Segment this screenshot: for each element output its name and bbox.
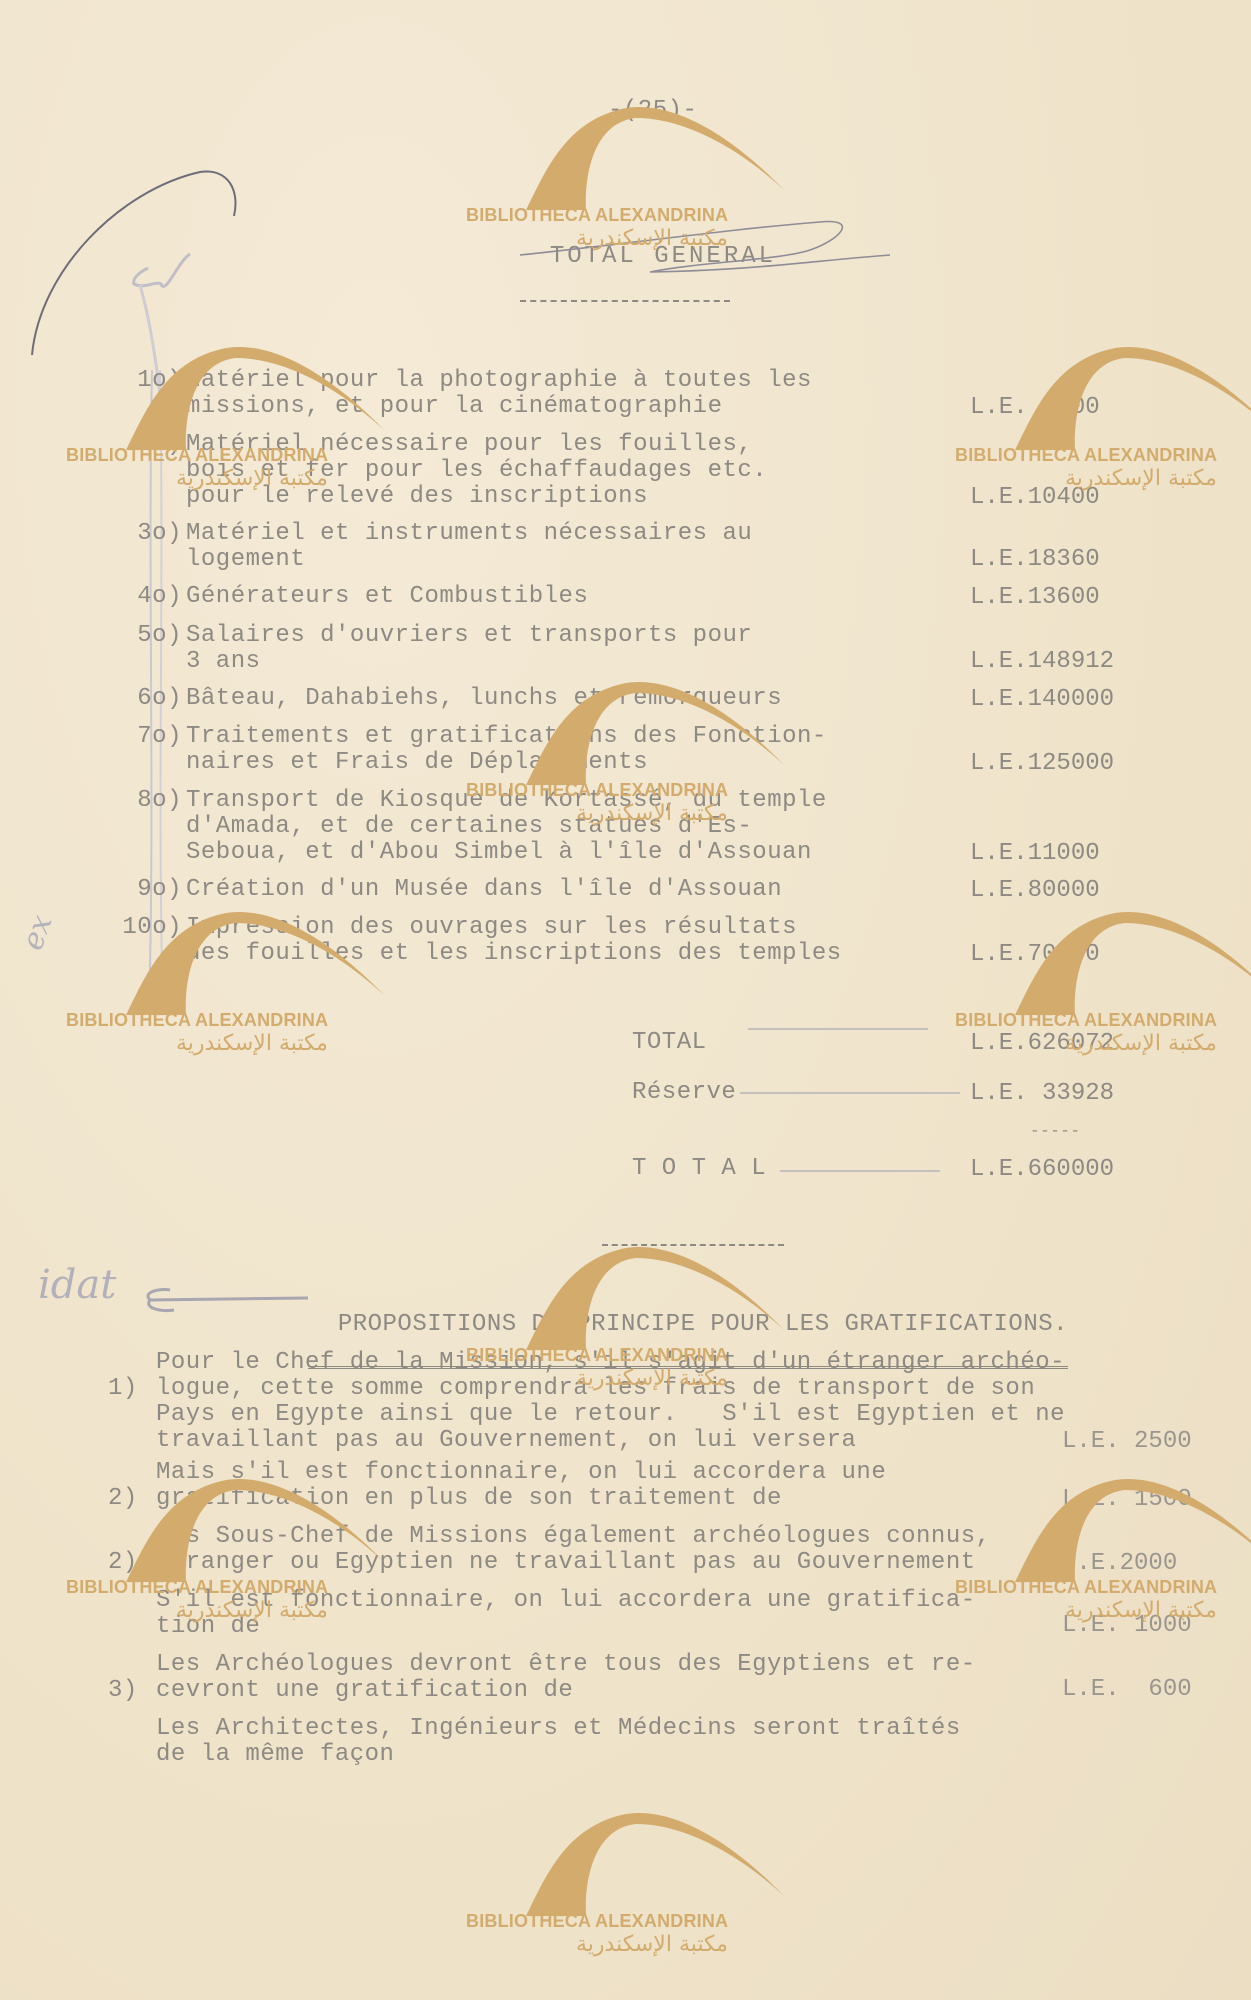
item-line: S'il est fonctionnaire, on lui accordera…: [156, 1588, 976, 1614]
item-line: Création d'un Musée dans l'île d'Assouan: [186, 877, 782, 903]
item-line: Les Sous-Chef de Missions également arch…: [156, 1524, 991, 1550]
item-line: Matériel nécessaire pour les fouilles,: [186, 432, 752, 458]
item-line: Etranger ou Egyptien ne travaillant pas …: [156, 1550, 976, 1576]
item-line: Les Archéologues devront être tous des E…: [156, 1652, 976, 1678]
item-amount: L.E.70000: [970, 941, 1100, 968]
item-line: Pays en Egypte ainsi que le retour. S'il…: [156, 1402, 1065, 1428]
watermark-latin-text: BIBLIOTHECA ALEXANDRINA: [466, 1911, 728, 1932]
item-line: Matériel et instruments nécessaires au: [186, 521, 752, 547]
gratifications-title-text: PROPOSITIONS DE PRINCIPE POUR LES GRATIF…: [338, 1311, 1068, 1338]
item-line: naires et Frais de Déplacements: [186, 750, 648, 776]
heading-underline: [520, 300, 730, 302]
item-line: cevront une gratification de: [156, 1678, 573, 1704]
item-line: d'Amada, et de certaines statues d'Es-: [186, 814, 752, 840]
item-amount: L.E.10400: [970, 484, 1100, 511]
item-line: logue, cette somme comprendra les frais …: [156, 1376, 1035, 1402]
library-watermark: BIBLIOTHECA ALEXANDRINA مكتبة الإسكندرية: [466, 1806, 786, 1966]
item-line: Les Architectes, Ingénieurs et Médecins …: [156, 1716, 961, 1742]
item-line: pour le relevé des inscriptions: [186, 484, 648, 510]
watermark-latin-text: BIBLIOTHECA ALEXANDRINA: [66, 1010, 328, 1031]
item-line: Impression des ouvrages sur les résultat…: [186, 915, 797, 941]
margin-pencil-note: ex: [15, 910, 60, 955]
grand-total-amount: L.E.660000: [970, 1156, 1114, 1183]
item-amount: L.E.148912: [970, 648, 1114, 675]
item-line: Mais s'il est fonctionnaire, on lui acco…: [156, 1460, 886, 1486]
item-number: 3): [108, 1678, 138, 1704]
section-divider: [602, 1244, 784, 1246]
item-number: 10o): [120, 915, 182, 941]
item-line: de la même façon: [156, 1742, 394, 1768]
item-amount: L.E.11000: [970, 840, 1100, 867]
watermark-latin-text: BIBLIOTHECA ALEXANDRINA: [955, 445, 1217, 466]
gratification-amount: L.E. 1500: [1062, 1486, 1192, 1513]
gratification-amount: L.E. 1000: [1062, 1612, 1192, 1639]
item-line: Seboua, et d'Abou Simbel à l'île d'Assou…: [186, 840, 812, 866]
item-line: 3 ans: [186, 649, 261, 675]
item-amount: L.E.125000: [970, 750, 1114, 777]
item-number: 6o): [120, 686, 182, 712]
item-line: Matériel pour la photographie à toutes l…: [186, 368, 812, 394]
item-number: 7o): [120, 724, 182, 750]
pencil-leader-line: [748, 1028, 928, 1030]
watermark-latin-text: BIBLIOTHECA ALEXANDRINA: [955, 1577, 1217, 1598]
gratification-note: Les Architectes, Ingénieurs et Médecins …: [108, 1716, 168, 1820]
item-number: 1): [108, 1376, 138, 1402]
pencil-arrow: [130, 1282, 310, 1322]
watermark-arabic-text: مكتبة الإسكندرية: [576, 1932, 728, 1957]
item-amount: L.E.13600: [970, 584, 1100, 611]
watermark-latin-text: BIBLIOTHECA ALEXANDRINA: [955, 1010, 1217, 1031]
gratification-amount: L.E. 600: [1062, 1676, 1192, 1703]
item-line: gratification en plus de son traitement …: [156, 1486, 782, 1512]
item-line: tion de: [156, 1614, 260, 1640]
item-amount: L.E.80000: [970, 877, 1100, 904]
item-line: logement: [186, 547, 305, 573]
item-line: Pour le Chef de la Mission, s'il s'agit …: [156, 1350, 1065, 1376]
item-line: missions, et pour la cinématographie: [186, 394, 722, 420]
item-amount: L.E.18360: [970, 546, 1100, 573]
item-amount: L.E. 8800: [970, 394, 1100, 421]
item-number: 1o): [120, 368, 182, 394]
sum-separator: -----: [1030, 1118, 1081, 1144]
item-number: 3o): [120, 521, 182, 547]
page-number: -(25)-: [608, 98, 697, 124]
total-amount: L.E.626072: [970, 1030, 1114, 1057]
item-number: 2o): [120, 432, 182, 458]
budget-item: 10o) Impression des ouvrages sur les rés…: [120, 915, 180, 1045]
gratification-amount: L.E.2000: [1062, 1550, 1177, 1577]
grand-total-label: T O T A L: [632, 1156, 766, 1182]
item-line: Transport de Kiosque de Kortassé, du tem…: [186, 788, 827, 814]
item-number: 4o): [120, 584, 182, 610]
item-line: Bâteau, Dahabiehs, lunchs et remorqueurs: [186, 686, 782, 712]
pencil-leader-line: [740, 1092, 960, 1094]
gratification-amount: L.E. 2500: [1062, 1428, 1192, 1455]
arch-logo-icon: [526, 1806, 786, 1916]
item-line: travaillant pas au Gouvernement, on lui …: [156, 1428, 856, 1454]
watermark-arabic-text: مكتبة الإسكندرية: [176, 1031, 328, 1056]
reserve-label: Réserve: [632, 1080, 736, 1106]
item-number: 5o): [120, 623, 182, 649]
pencil-scribble-heading: [500, 200, 900, 280]
reserve-amount: L.E. 33928: [970, 1080, 1114, 1107]
total-label: TOTAL: [632, 1030, 707, 1056]
item-line: Traitements et gratifications des Foncti…: [186, 724, 827, 750]
item-line: des fouilles et les inscriptions des tem…: [186, 941, 842, 967]
item-amount: L.E.140000: [970, 686, 1114, 713]
item-number: 2): [108, 1486, 138, 1512]
item-line: bois et fer pour les échaffaudages etc.: [186, 458, 767, 484]
margin-note-idat: idat: [38, 1262, 116, 1308]
item-line: Salaires d'ouvriers et transports pour: [186, 623, 752, 649]
item-number: 2): [108, 1550, 138, 1576]
item-number: 8o): [120, 788, 182, 814]
pencil-leader-line: [780, 1170, 940, 1172]
item-number: 9o): [120, 877, 182, 903]
item-line: Générateurs et Combustibles: [186, 584, 588, 610]
